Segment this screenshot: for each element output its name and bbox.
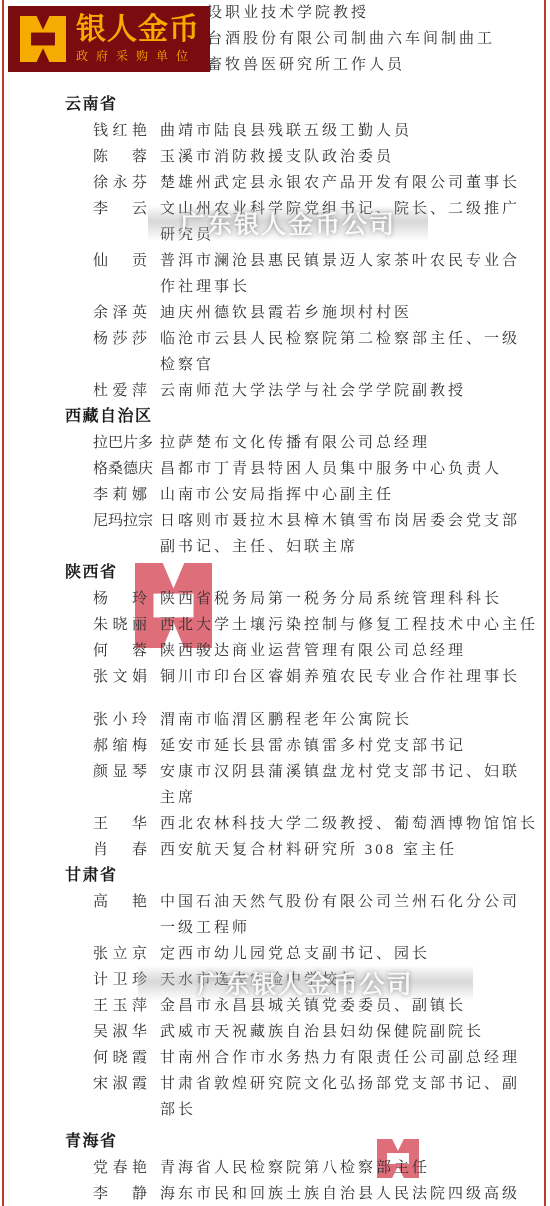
company-watermark: 广东银人金币公司 — [138, 965, 473, 1001]
page-border-left — [2, 0, 4, 1206]
recipient-title-block: 武威市天祝藏族自治县妇幼保健院副院长 — [160, 1019, 484, 1045]
recipient-name: 格桑德庆 — [93, 456, 147, 482]
recipient-title: 迪庆州德钦县霞若乡施坝村村医 — [160, 300, 412, 326]
recipient-title-block: 陕西省税务局第一税务分局系统管理科科长 — [160, 586, 502, 612]
recipient-name: 陈蓉 — [93, 144, 147, 170]
recipient-title: 昌都市丁青县特困人员集中服务中心负责人 — [160, 456, 502, 482]
award-entry: 李静海东市民和回族土族自治县人民法院四级高级 — [0, 1181, 550, 1206]
recipient-title-block: 云南师范大学法学与社会学学院副教授 — [160, 378, 466, 404]
award-entry: 钱红艳曲靖市陆良县残联五级工勤人员 — [0, 118, 550, 144]
award-entry: 拉巴片多拉萨楚布文化传播有限公司总经理 — [0, 430, 550, 456]
award-entry: 徐永芬楚雄州武定县永银农产品开发有限公司董事长 — [0, 170, 550, 196]
award-entry: 杨玲陕西省税务局第一税务分局系统管理科科长 — [0, 586, 550, 612]
award-entry: 党春艳青海省人民检察院第八检察部主任 — [0, 1155, 550, 1181]
recipient-name: 钱红艳 — [93, 118, 147, 144]
company-watermark-text: 广东银人金币公司 — [197, 965, 413, 1001]
award-list: 设职业技术学院教授台酒股份有限公司制曲六车间制曲工畜牧兽医研究所工作人员云南省钱… — [0, 0, 550, 1206]
recipient-title: 定西市幼儿园党总支副书记、园长 — [160, 941, 430, 967]
recipient-name: 郝缩梅 — [93, 733, 147, 759]
award-entry: 肖春西安航天复合材料研究所 308 室主任 — [0, 837, 550, 863]
award-entry: 郝缩梅延安市延长县雷赤镇雷多村党支部书记 — [0, 733, 550, 759]
recipient-name: 宋淑霞 — [93, 1071, 147, 1097]
award-entry: 杨莎莎临沧市云县人民检察院第二检察部主任、一级检察官 — [0, 326, 550, 378]
recipient-title: 延安市延长县雷赤镇雷多村党支部书记 — [160, 733, 466, 759]
recipient-title-block: 西北大学土壤污染控制与修复工程技术中心主任 — [160, 612, 538, 638]
recipient-name: 党春艳 — [93, 1155, 147, 1181]
recipient-name: 肖春 — [93, 837, 147, 863]
recipient-title-block: 甘肃省敦煌研究院文化弘扬部党支部书记、副部长 — [160, 1071, 520, 1123]
recipient-title-block: 中国石油天然气股份有限公司兰州石化分公司一级工程师 — [160, 889, 520, 941]
recipient-name: 张文娟 — [93, 664, 147, 690]
recipient-name: 李静 — [93, 1181, 147, 1206]
recipient-title: 曲靖市陆良县残联五级工勤人员 — [160, 118, 412, 144]
recipient-title: 检察官 — [160, 352, 520, 378]
recipient-title: 安康市汉阴县蒲溪镇盘龙村党支部书记、妇联 — [160, 759, 520, 785]
recipient-title: 西北大学土壤污染控制与修复工程技术中心主任 — [160, 612, 538, 638]
award-entry: 仙贡普洱市澜沧县惠民镇景迈人家茶叶农民专业合作社理事长 — [0, 248, 550, 300]
recipient-title-block: 日喀则市聂拉木县樟木镇雪布岗居委会党支部副书记、主任、妇联主席 — [160, 508, 520, 560]
recipient-name: 颜显琴 — [93, 759, 147, 785]
recipient-title-block: 山南市公安局指挥中心副主任 — [160, 482, 394, 508]
company-watermark-text: 广东银人金币公司 — [180, 205, 396, 241]
brand-name: 银人金币 — [76, 14, 200, 45]
recipient-title: 渭南市临渭区鹏程老年公寓院长 — [160, 707, 412, 733]
recipient-title-block: 西北农林科技大学二级教授、葡萄酒博物馆馆长 — [160, 811, 538, 837]
recipient-name: 杨莎莎 — [93, 326, 147, 352]
recipient-title-block: 普洱市澜沧县惠民镇景迈人家茶叶农民专业合作社理事长 — [160, 248, 520, 300]
recipient-title-block: 迪庆州德钦县霞若乡施坝村村医 — [160, 300, 412, 326]
recipient-title: 青海省人民检察院第八检察部主任 — [160, 1155, 430, 1181]
recipient-name: 杜爱萍 — [93, 378, 147, 404]
m-coin-icon — [20, 16, 66, 62]
recipient-title: 云南师范大学法学与社会学学院副教授 — [160, 378, 466, 404]
recipient-title-block: 昌都市丁青县特困人员集中服务中心负责人 — [160, 456, 502, 482]
award-entry: 宋淑霞甘肃省敦煌研究院文化弘扬部党支部书记、副部长 — [0, 1071, 550, 1123]
recipient-name: 尼玛拉宗 — [93, 508, 147, 534]
recipient-title: 西安航天复合材料研究所 308 室主任 — [160, 837, 457, 863]
company-watermark: 广东银人金币公司 — [148, 205, 428, 241]
award-entry: 何蓉陕西骏达商业运营管理有限公司总经理 — [0, 638, 550, 664]
recipient-title: 楚雄州武定县永银农产品开发有限公司董事长 — [160, 170, 520, 196]
award-entry: 余泽英迪庆州德钦县霞若乡施坝村村医 — [0, 300, 550, 326]
award-entry: 李莉娜山南市公安局指挥中心副主任 — [0, 482, 550, 508]
recipient-name: 李云 — [93, 196, 147, 222]
recipient-title: 副书记、主任、妇联主席 — [160, 534, 520, 560]
recipient-title: 甘南州合作市水务热力有限责任公司副总经理 — [160, 1045, 520, 1071]
award-entry: 张小玲渭南市临渭区鹏程老年公寓院长 — [0, 707, 550, 733]
recipient-name: 拉巴片多 — [93, 430, 147, 456]
recipient-title: 日喀则市聂拉木县樟木镇雪布岗居委会党支部 — [160, 508, 520, 534]
award-entry: 吴淑华武威市天祝藏族自治县妇幼保健院副院长 — [0, 1019, 550, 1045]
recipient-title: 陕西骏达商业运营管理有限公司总经理 — [160, 638, 466, 664]
recipient-title-block: 海东市民和回族土族自治县人民法院四级高级 — [160, 1181, 520, 1206]
recipient-name: 何蓉 — [93, 638, 147, 664]
recipient-name: 朱晓丽 — [93, 612, 147, 638]
recipient-title: 西北农林科技大学二级教授、葡萄酒博物馆馆长 — [160, 811, 538, 837]
recipient-title-block: 甘南州合作市水务热力有限责任公司副总经理 — [160, 1045, 520, 1071]
document-page: 设职业技术学院教授台酒股份有限公司制曲六车间制曲工畜牧兽医研究所工作人员云南省钱… — [0, 0, 550, 1206]
recipient-title-block: 曲靖市陆良县残联五级工勤人员 — [160, 118, 412, 144]
award-entry: 陈蓉玉溪市消防救援支队政治委员 — [0, 144, 550, 170]
recipient-title-block: 陕西骏达商业运营管理有限公司总经理 — [160, 638, 466, 664]
recipient-title: 陕西省税务局第一税务分局系统管理科科长 — [160, 586, 502, 612]
recipient-title: 主席 — [160, 785, 520, 811]
recipient-title: 普洱市澜沧县惠民镇景迈人家茶叶农民专业合 — [160, 248, 520, 274]
recipient-name: 余泽英 — [93, 300, 147, 326]
recipient-title-block: 玉溪市消防救援支队政治委员 — [160, 144, 394, 170]
brand-text-block: 银人金币 政府采购单位 — [76, 14, 200, 64]
recipient-title-block: 楚雄州武定县永银农产品开发有限公司董事长 — [160, 170, 520, 196]
recipient-name: 吴淑华 — [93, 1019, 147, 1045]
recipient-title-block: 安康市汉阴县蒲溪镇盘龙村党支部书记、妇联主席 — [160, 759, 520, 811]
recipient-title-block: 临沧市云县人民检察院第二检察部主任、一级检察官 — [160, 326, 520, 378]
brand-logo: 银人金币 政府采购单位 — [8, 6, 210, 72]
recipient-title: 铜川市印台区睿娟养殖农民专业合作社理事长 — [160, 664, 520, 690]
recipient-name: 张小玲 — [93, 707, 147, 733]
recipient-title-block: 西安航天复合材料研究所 308 室主任 — [160, 837, 457, 863]
recipient-name: 高艳 — [93, 889, 147, 915]
province-header: 青海省 — [0, 1129, 550, 1155]
section-spacer — [0, 78, 550, 92]
award-entry: 颜显琴安康市汉阴县蒲溪镇盘龙村党支部书记、妇联主席 — [0, 759, 550, 811]
recipient-title: 一级工程师 — [160, 915, 520, 941]
recipient-title: 山南市公安局指挥中心副主任 — [160, 482, 394, 508]
recipient-name: 杨玲 — [93, 586, 147, 612]
award-entry: 张文娟铜川市印台区睿娟养殖农民专业合作社理事长 — [0, 664, 550, 690]
recipient-title: 武威市天祝藏族自治县妇幼保健院副院长 — [160, 1019, 484, 1045]
recipient-title: 临沧市云县人民检察院第二检察部主任、一级 — [160, 326, 520, 352]
recipient-name: 何晓霞 — [93, 1045, 147, 1071]
recipient-title: 中国石油天然气股份有限公司兰州石化分公司 — [160, 889, 520, 915]
page-border-right — [544, 0, 546, 1206]
recipient-title-block: 渭南市临渭区鹏程老年公寓院长 — [160, 707, 412, 733]
recipient-title-block: 定西市幼儿园党总支副书记、园长 — [160, 941, 430, 967]
recipient-name: 王华 — [93, 811, 147, 837]
recipient-name: 徐永芬 — [93, 170, 147, 196]
recipient-title: 玉溪市消防救援支队政治委员 — [160, 144, 394, 170]
brand-subtitle: 政府采购单位 — [76, 47, 200, 64]
recipient-title: 部长 — [160, 1097, 520, 1123]
recipient-title: 海东市民和回族土族自治县人民法院四级高级 — [160, 1181, 520, 1206]
recipient-name: 张立京 — [93, 941, 147, 967]
award-entry: 高艳中国石油天然气股份有限公司兰州石化分公司一级工程师 — [0, 889, 550, 941]
recipient-name: 李莉娜 — [93, 482, 147, 508]
award-entry: 尼玛拉宗日喀则市聂拉木县樟木镇雪布岗居委会党支部副书记、主任、妇联主席 — [0, 508, 550, 560]
province-header: 甘肃省 — [0, 863, 550, 889]
recipient-title-block: 青海省人民检察院第八检察部主任 — [160, 1155, 430, 1181]
award-entry: 张立京定西市幼儿园党总支副书记、园长 — [0, 941, 550, 967]
recipient-title-block: 延安市延长县雷赤镇雷多村党支部书记 — [160, 733, 466, 759]
province-header: 西藏自治区 — [0, 404, 550, 430]
recipient-name: 仙贡 — [93, 248, 147, 274]
province-header: 陕西省 — [0, 560, 550, 586]
award-entry: 格桑德庆昌都市丁青县特困人员集中服务中心负责人 — [0, 456, 550, 482]
award-entry: 何晓霞甘南州合作市水务热力有限责任公司副总经理 — [0, 1045, 550, 1071]
recipient-title-block: 拉萨楚布文化传播有限公司总经理 — [160, 430, 430, 456]
award-entry: 杜爱萍云南师范大学法学与社会学学院副教授 — [0, 378, 550, 404]
recipient-title: 甘肃省敦煌研究院文化弘扬部党支部书记、副 — [160, 1071, 520, 1097]
recipient-title: 拉萨楚布文化传播有限公司总经理 — [160, 430, 430, 456]
recipient-title: 作社理事长 — [160, 274, 520, 300]
award-entry: 朱晓丽西北大学土壤污染控制与修复工程技术中心主任 — [0, 612, 550, 638]
province-header: 云南省 — [0, 92, 550, 118]
award-entry: 王华西北农林科技大学二级教授、葡萄酒博物馆馆长 — [0, 811, 550, 837]
recipient-title-block: 铜川市印台区睿娟养殖农民专业合作社理事长 — [160, 664, 520, 690]
